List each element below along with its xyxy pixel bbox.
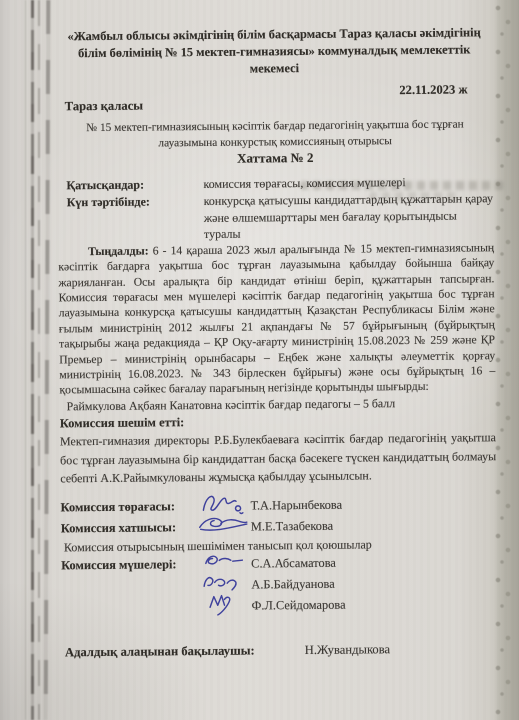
heard-text: 6 - 14 қараша 2023 жыл аралығында № 15 м… bbox=[58, 241, 495, 397]
member-name: А.Б.Байдуанова bbox=[251, 577, 334, 593]
scan-binding-streak bbox=[38, 0, 40, 720]
members-label-spacer bbox=[62, 607, 184, 608]
secretary-name: М.Е.Тазабекова bbox=[251, 519, 333, 535]
member-name: Ф.Л.Сейдомарова bbox=[251, 598, 345, 614]
meeting-subject: № 15 мектеп-гимназиясының кәсіптік бағда… bbox=[57, 117, 493, 153]
members-label: Комиссия мүшелері: bbox=[61, 557, 183, 573]
scan-binding-streak bbox=[44, 0, 51, 720]
heard-paragraph: Тыңдалды: 6 - 14 қараша 2023 жыл аралығы… bbox=[58, 240, 495, 398]
agenda-row: Күн тәртібінде: конкурсқа қатысушы канди… bbox=[58, 190, 494, 244]
document-city: Тараз қаласы bbox=[65, 99, 143, 115]
chairman-label: Комиссия төрағасы: bbox=[61, 499, 183, 515]
scan-binding-streak bbox=[25, 0, 26, 720]
city-date-row: 22.11.2023 ж Тараз қаласы bbox=[57, 83, 493, 121]
document-date: 22.11.2023 ж bbox=[399, 83, 467, 99]
agenda-label: Күн тәртібінде: bbox=[58, 193, 204, 244]
agenda-value: конкурсқа қатысушы кандидаттардың құжатт… bbox=[204, 190, 494, 243]
secretary-label: Комиссия хатшысы: bbox=[61, 520, 183, 536]
member-name: С.А.Абсаматова bbox=[251, 556, 336, 572]
members-label-spacer bbox=[61, 586, 183, 587]
heard-label: Тыңдалды: bbox=[88, 244, 149, 258]
member-signature bbox=[197, 591, 249, 616]
scanned-document-page: «Жамбыл облысы әкімдігінің білім басқарм… bbox=[0, 0, 519, 720]
observer-row: Адалдық алаңынан бақылаушы: Н.Жувандыков… bbox=[62, 641, 498, 660]
secretary-signature bbox=[197, 512, 249, 537]
observer-name: Н.Жувандыкова bbox=[305, 642, 390, 658]
decision-paragraph: Мектеп-гимназия директоры Р.Б.Булекбаева… bbox=[60, 428, 497, 489]
protocol-title: Хаттама № 2 bbox=[57, 149, 493, 169]
observer-label: Адалдық алаңынан бақылаушы: bbox=[62, 644, 255, 661]
participants-label: Қатысқандар: bbox=[57, 176, 203, 194]
signature-row-member: Ф.Л.Сейдомарова bbox=[61, 593, 497, 618]
document-content: «Жамбыл облысы әкімдігінің білім басқарм… bbox=[56, 24, 498, 660]
chairman-name: Т.А.Нарынбекова bbox=[251, 498, 343, 514]
scan-binding-streak bbox=[31, 0, 34, 720]
organization-title: «Жамбыл облысы әкімдігінің білім басқарм… bbox=[56, 24, 492, 79]
